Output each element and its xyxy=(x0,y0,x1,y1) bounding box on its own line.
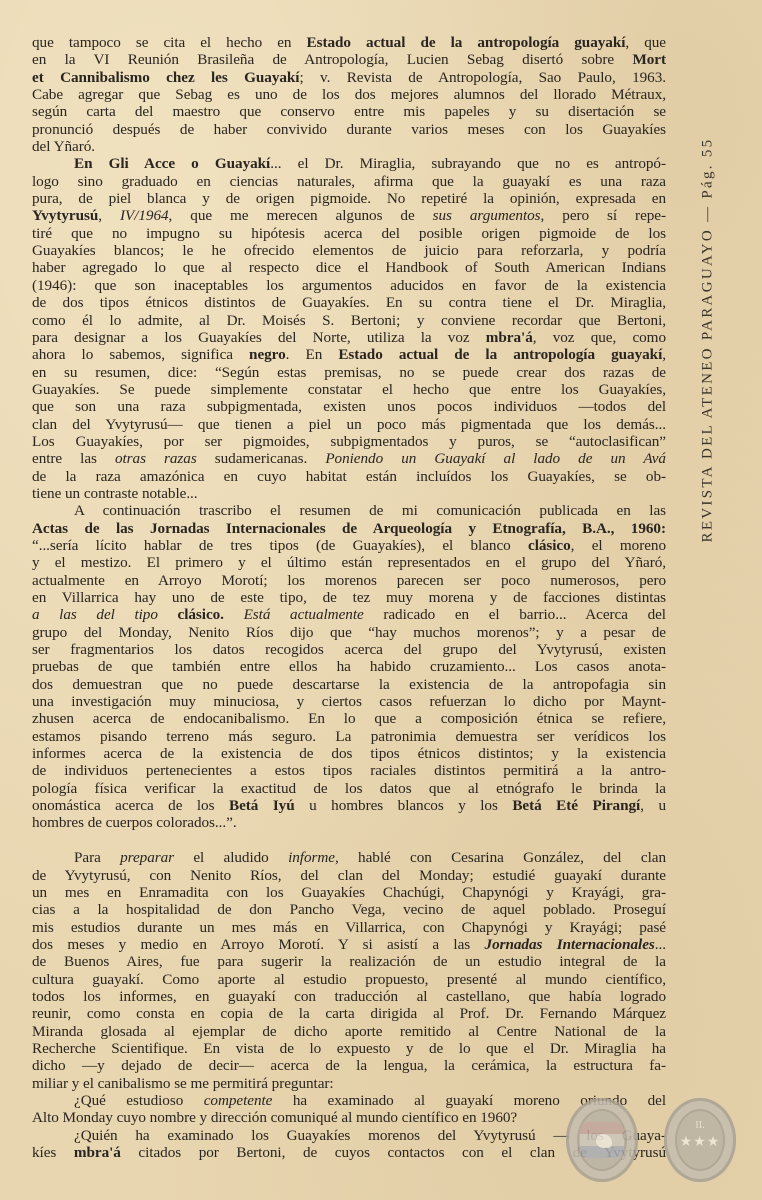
text-line: un mes en Enramadita con los Guayakíes C… xyxy=(32,884,666,901)
text-line: Guayakíes. Se puede simplemente constata… xyxy=(32,381,666,398)
text-line: entre las otras razas sudamericanas. Pon… xyxy=(32,450,666,467)
text-line: hombres de cuerpos colorados...”. xyxy=(32,814,666,831)
text-line: en la VI Reunión Brasileña de Antropolog… xyxy=(32,51,666,68)
seal-roman-numeral: II. xyxy=(664,1120,736,1131)
text-line: dos meses y medio en Arroyo Morotí. Y si… xyxy=(32,936,666,953)
text-line: y el mestizo. El primero y el último est… xyxy=(32,554,666,571)
running-header-text: REVISTA DEL ATENEO PARAGUAYO — Pág. 55 xyxy=(700,138,717,543)
text-line: onomástica acerca de los Betá Iyú u homb… xyxy=(32,797,666,814)
text-line: Actas de las Jornadas Internacionales de… xyxy=(32,520,666,537)
text-line: cias a la hospitalidad de don Pancho Veg… xyxy=(32,901,666,918)
text-line: una investigación muy minuciosa, y ciert… xyxy=(32,693,666,710)
text-line: (1946): que son inaceptables los argumen… xyxy=(32,277,666,294)
text-line: de Yvytyrusú, con Nenito Ríos, del clan … xyxy=(32,867,666,884)
text-line: Los Guayakíes, por ser pigmoides, subpig… xyxy=(32,433,666,450)
text-line: de individuos pertenecientes a estos tip… xyxy=(32,762,666,779)
text-line: et Cannibalismo chez les Guayakí; v. Rev… xyxy=(32,69,666,86)
text-line: para designar a los Guayakíes del Norte,… xyxy=(32,329,666,346)
text-line: pruebas de que también entre ellos ha ha… xyxy=(32,658,666,675)
paraguay-map-icon xyxy=(596,1134,612,1148)
text-line: grupo del Monday, Nenito Ríos dijo que “… xyxy=(32,624,666,641)
text-line: Cabe agregar que Sebag es uno de los dos… xyxy=(32,86,666,103)
text-line: zhusen acerca de endocanibalismo. En lo … xyxy=(32,710,666,727)
text-line: cultura guayakí. Como aporte al estudio … xyxy=(32,971,666,988)
text-line: como él lo admite, al Dr. Moisés S. Bert… xyxy=(32,312,666,329)
text-line: reunir, como consta en copia de la carta… xyxy=(32,1005,666,1022)
text-line: actualmente en Arroyo Morotí; los moreno… xyxy=(32,572,666,589)
running-header: REVISTA DEL ATENEO PARAGUAYO — Pág. 55 xyxy=(694,60,722,620)
text-line: que son una raza subpigmentada, existen … xyxy=(32,398,666,415)
text-line: tiene un contraste notable... xyxy=(32,485,666,502)
text-line: dos demuestran que no puede descartarse … xyxy=(32,676,666,693)
text-line: miliar y el canibalismo se me permitirá … xyxy=(32,1075,666,1092)
text-line: del Yñaró. xyxy=(32,138,666,155)
text-line: en Villarrica hay uno de este tipo, de t… xyxy=(32,589,666,606)
text-line: todos los informes, en guayakí con tradu… xyxy=(32,988,666,1005)
text-line: En Gli Acce o Guayakí... el Dr. Miraglia… xyxy=(32,155,666,172)
text-line: Para preparar el aludido informe, hablé … xyxy=(32,849,666,866)
text-line: haber agregado lo que al respecto dice e… xyxy=(32,259,666,276)
three-stars-icon: ★★★ xyxy=(664,1134,736,1151)
paragraph-gap xyxy=(32,832,666,849)
flag-seal-watermark xyxy=(566,1098,638,1182)
text-line: de la raza amazónica en cuyo habitat est… xyxy=(32,468,666,485)
stars-seal-watermark: II. ★★★ xyxy=(664,1098,736,1182)
text-line: ¿Qué estudioso competente ha examinado a… xyxy=(32,1092,666,1109)
text-line: de dos tipos étnicos distintos de Guayak… xyxy=(32,294,666,311)
text-line: informes acerca de la existencia de dos … xyxy=(32,745,666,762)
text-line: según carta del maestro que conservo ent… xyxy=(32,103,666,120)
text-line: de Buenos Aires, fue para sugerir la rea… xyxy=(32,953,666,970)
text-line: Recherche Scientifique. En vista de lo e… xyxy=(32,1040,666,1057)
text-line: a las del tipo clásico. Está actualmente… xyxy=(32,606,666,623)
text-line: pronunció después de haber convivido dur… xyxy=(32,121,666,138)
text-line: dicho —y dejado de decir— acerca de la l… xyxy=(32,1057,666,1074)
text-line: pura, de piel blanca y de origen pigmoid… xyxy=(32,190,666,207)
text-line: Guayakíes blancos; le he ofrecido elemen… xyxy=(32,242,666,259)
text-line: estamos pisando terreno más seguro. La p… xyxy=(32,728,666,745)
text-line: “...sería lícito hablar de tres tipos (d… xyxy=(32,537,666,554)
text-line: pología física verificar la exactitud de… xyxy=(32,780,666,797)
flag-red-band xyxy=(580,1122,624,1134)
text-line: que tampoco se cita el hecho en Estado a… xyxy=(32,34,666,51)
text-line: ser fragmentarios los datos recogidos ac… xyxy=(32,641,666,658)
text-line: Miranda glosada al ejemplar de dicho apo… xyxy=(32,1023,666,1040)
text-line: logo sino graduado en ciencias naturales… xyxy=(32,173,666,190)
text-line: tiré que no impugno su hipótesis acerca … xyxy=(32,225,666,242)
text-line: ahora lo sabemos, significa negro. En Es… xyxy=(32,346,666,363)
text-line: mis estudios durante un mes más en Villa… xyxy=(32,919,666,936)
text-line: clan del Yvytyrusú— que tienen a piel un… xyxy=(32,416,666,433)
article-body: que tampoco se cita el hecho en Estado a… xyxy=(32,34,666,1161)
text-line: en su resumen, dice: “Según estas premis… xyxy=(32,364,666,381)
text-line: Yvytyrusú, IV/1964, que me merecen algun… xyxy=(32,207,666,224)
text-line: A continuación trascribo el resumen de m… xyxy=(32,502,666,519)
